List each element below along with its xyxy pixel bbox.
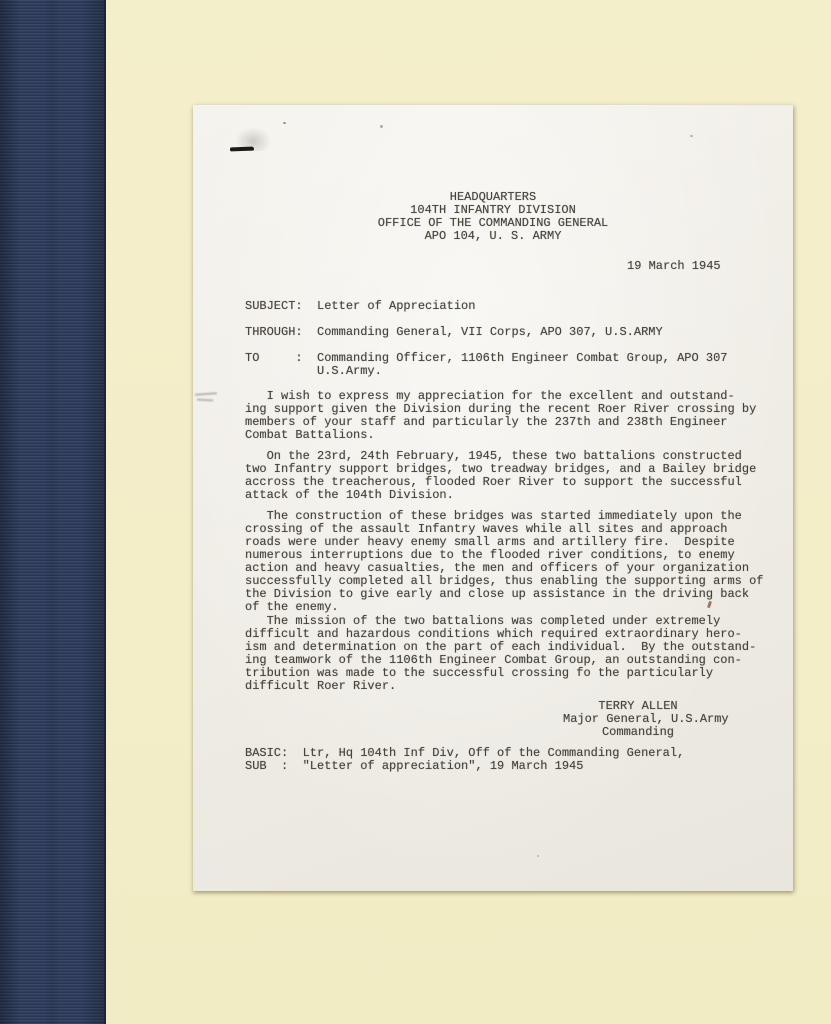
paper-speck [380, 125, 383, 128]
body-paragraph: On the 23rd, 24th February, 1945, these … [245, 450, 756, 502]
letterhead-line: APO 104, U. S. ARMY [193, 230, 793, 243]
paper-speck [283, 122, 286, 124]
book-binding-cloth [0, 0, 106, 1024]
signature-role: Commanding [563, 726, 713, 739]
body-paragraph: I wish to express my appreciation for th… [245, 390, 756, 442]
date-line: 19 March 1945 [627, 260, 721, 273]
body-paragraph: The construction of these bridges was st… [245, 510, 763, 614]
pen-mark [230, 147, 254, 152]
body-paragraph: The mission of the two battalions was co… [245, 615, 756, 693]
pencil-scribble [193, 390, 219, 408]
paper-speck [537, 855, 539, 857]
reference-block: BASIC: Ltr, Hq 104th Inf Div, Off of the… [245, 747, 684, 773]
letterhead: HEADQUARTERS 104TH INFANTRY DIVISION OFF… [193, 191, 793, 243]
address-block: SUBJECT: Letter of Appreciation THROUGH:… [245, 300, 727, 378]
paper-speck [690, 135, 693, 137]
letter-document: HEADQUARTERS 104TH INFANTRY DIVISION OFF… [193, 105, 793, 891]
signature-block: TERRY ALLEN Major General, U.S.Army Comm… [563, 700, 713, 739]
